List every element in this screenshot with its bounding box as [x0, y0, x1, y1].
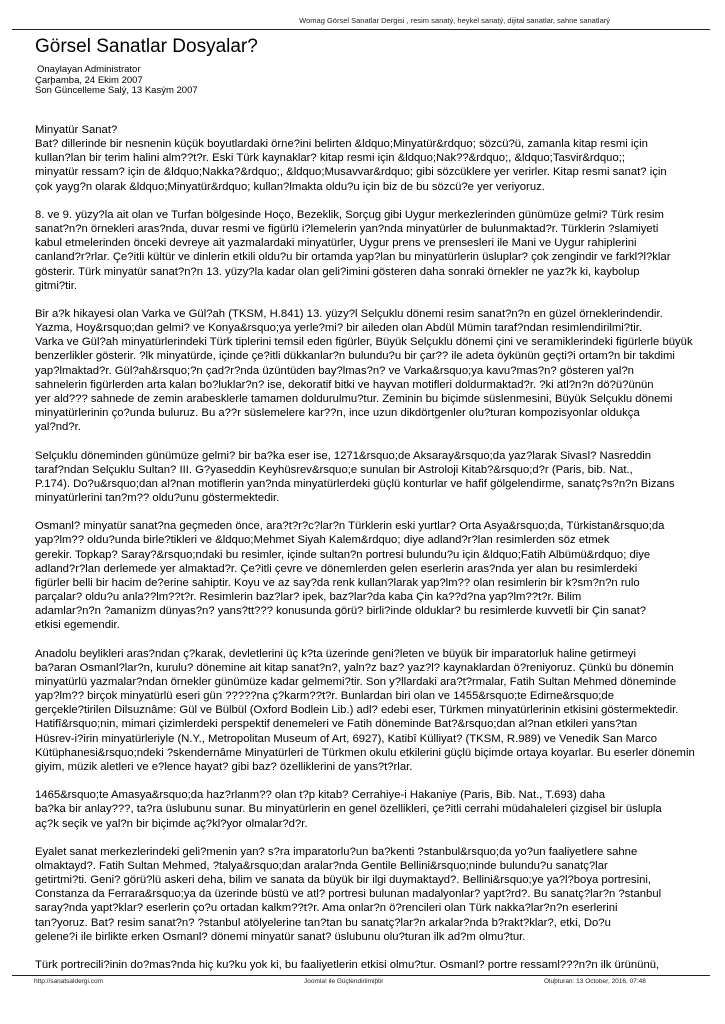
paragraph-line: aç?k seçik ve yal?n bir biçimde aç?kl?yo… [35, 817, 725, 831]
paragraph-line: 1465&rsquo;te Amasya&rsquo;da haz?rlanm?… [35, 788, 725, 802]
paragraph-line: figürler belli bir hacim de?erine sahipt… [35, 576, 725, 590]
paragraph-line: Bat? dillerinde bir nesnenin küçük boyut… [35, 137, 725, 151]
article-paragraph: Selçuklu döneminden günümüze gelmi? bir … [35, 449, 725, 506]
site-header-text: Womag Görsel Sanatlar Dergisi , resim sa… [299, 16, 610, 25]
paragraph-line: Yazma, Hoy&rsquo;dan gelmi? ve Konya&rsq… [35, 321, 725, 335]
article-paragraph: Bir a?k hikayesi olan Varka ve Gül?ah (T… [35, 307, 725, 434]
article-author: Onaylayan Administrator [35, 65, 198, 76]
paragraph-line: Anadolu beylikleri aras?ndan ç?karak, de… [35, 647, 725, 661]
paragraph-line: tan?yoruz. Bat? resim sanat?n? ?stanbul … [35, 916, 725, 930]
paragraph-line: sanat?n?n örnekleri aras?nda, duvar resm… [35, 222, 725, 236]
article-paragraph: Anadolu beylikleri aras?ndan ç?karak, de… [35, 647, 725, 774]
footer-powered-by: Joomla! ile Güçlendirilmiþtir [304, 978, 383, 985]
paragraph-line: gerçekle?tirilen Dilsuznâme: Gül ve Bülb… [35, 703, 725, 717]
paragraph-line: ba?ka bir anlay???, ta?ra üslubunu sunar… [35, 802, 725, 816]
article-paragraph: Minyatür Sanat?Bat? dillerinde bir nesne… [35, 123, 725, 194]
article-paragraph: Türk portrecili?inin do?mas?nda hiç ku?k… [35, 958, 725, 972]
article-paragraph: Osmanl? minyatür sanat?na geçmeden önce,… [35, 519, 725, 632]
footer-site-url: http://sanatsaldergi.com [34, 978, 103, 985]
page-header: Womag Görsel Sanatlar Dergisi , resim sa… [12, 14, 710, 30]
paragraph-line: gerekir. Topkap? Saray?&rsquo;ndaki bu r… [35, 548, 725, 562]
paragraph-line: benzerlikler gösterir. ?lk minyatürde, i… [35, 349, 725, 363]
paragraph-line: kullan?lan bir terim halini alm??t?r. Es… [35, 151, 725, 165]
paragraph-line: yer ald??? sahnede de zemin arabesklerle… [35, 392, 725, 406]
paragraph-line: Türk portrecili?inin do?mas?nda hiç ku?k… [35, 958, 725, 972]
article-paragraph: Eyalet sanat merkezlerindeki geli?menin … [35, 845, 725, 944]
paragraph-line: getirtmi?ti. Geni? görü?lü askeri deha, … [35, 873, 725, 887]
paragraph-line: Constanza da Ferrara&rsquo;ya da üzerind… [35, 887, 725, 901]
paragraph-line: saray?nda yapt?klar? eserlerin ço?u orta… [35, 901, 725, 915]
paragraph-line: Hüsrev-i?irin minyatürleriyle (N.Y., Met… [35, 732, 725, 746]
paragraph-line: canland?r?rlar. Çe?itli kültür ve dinler… [35, 250, 725, 264]
paragraph-line: Kütüphanesi&rsquo;ndeki ?skendernâme Min… [35, 746, 725, 760]
paragraph-line: Eyalet sanat merkezlerindeki geli?menin … [35, 845, 725, 859]
paragraph-line: yal?nd?r. [35, 420, 725, 434]
page-footer: http://sanatsaldergi.com Joomla! ile Güç… [12, 975, 710, 988]
paragraph-line: 8. ve 9. yüzy?la ait olan ve Turfan bölg… [35, 208, 725, 222]
article-paragraph: 1465&rsquo;te Amasya&rsquo;da haz?rlanm?… [35, 788, 725, 830]
paragraph-line: minyatürlerini tan?m?? oldu?unu gösterme… [35, 491, 725, 505]
paragraph-line: minyatürlerinin ço?unda buluruz. Bu a??r… [35, 406, 725, 420]
paragraph-line: Minyatür Sanat? [35, 123, 725, 137]
paragraph-line: ba?aran Osmanl?lar?n, kurulu? dönemine a… [35, 661, 725, 675]
paragraph-line: taraf?ndan Selçuklu Sultan? III. G?yased… [35, 463, 725, 477]
paragraph-line: gitmi?tir. [35, 279, 725, 293]
paragraph-line: etkisi egemendir. [35, 618, 725, 632]
paragraph-line: çok yayg?n olarak &ldquo;Minyatür&rdquo;… [35, 180, 725, 194]
paragraph-line: minyatür ressam? için de &ldquo;Nakka?&r… [35, 165, 725, 179]
footer-generated-date: Oluþturan: 13 October, 2016, 07:48 [544, 978, 646, 985]
paragraph-line: minyatürlü yazmalar?ndan örnekler günümü… [35, 675, 725, 689]
paragraph-line: parçalar? oldu?u anla??lm??t?r. Resimler… [35, 590, 725, 604]
paragraph-line: yap?lmaktad?r. Gül?ah&rsquo;?n çad?r?nda… [35, 364, 725, 378]
paragraph-line: P.174). Do?u&rsquo;dan al?nan motiflerin… [35, 477, 725, 491]
paragraph-line: sahnelerin figürlerden arta kalan bo?luk… [35, 378, 725, 392]
article-updated-date: Son Güncelleme Salý, 13 Kasým 2007 [35, 86, 198, 97]
paragraph-line: adland?r?lan derlemede yer almaktad?r. Ç… [35, 562, 725, 576]
paragraph-line: Osmanl? minyatür sanat?na geçmeden önce,… [35, 519, 725, 533]
paragraph-line: gösterir. Türk minyatür sanat?n?n 13. yü… [35, 265, 725, 279]
paragraph-line: giyim, müzik aletleri ve e?lence hayat? … [35, 760, 725, 774]
article-paragraph: 8. ve 9. yüzy?la ait olan ve Turfan bölg… [35, 208, 725, 293]
paragraph-line: Hatifî&rsquo;nin, mimari çizimlerdeki pe… [35, 717, 725, 731]
paragraph-line: gelene?i ile birlikte erken Osmanl? döne… [35, 930, 725, 944]
paragraph-line: olmaktayd?. Fatih Sultan Mehmed, ?talya&… [35, 859, 725, 873]
paragraph-line: Selçuklu döneminden günümüze gelmi? bir … [35, 449, 725, 463]
article-title: Görsel Sanatlar Dosyalar? [35, 36, 258, 58]
article-body: Minyatür Sanat?Bat? dillerinde bir nesne… [35, 123, 725, 986]
paragraph-line: Bir a?k hikayesi olan Varka ve Gül?ah (T… [35, 307, 725, 321]
paragraph-line: kabul etmelerinden önceki devreye ait ya… [35, 236, 725, 250]
paragraph-line: yap?lm?? birçok minyatürlü eseri gün ???… [35, 689, 725, 703]
article-meta: Onaylayan Administrator Çarþamba, 24 Eki… [35, 65, 198, 97]
paragraph-line: Varka ve Gül?ah minyatürlerindeki Türk t… [35, 335, 725, 349]
paragraph-line: adamlar?n?n ?amanizm dünyas?n? yans?tt??… [35, 604, 725, 618]
paragraph-line: yap?lm?? oldu?unda birle?tikleri ve &ldq… [35, 533, 725, 547]
